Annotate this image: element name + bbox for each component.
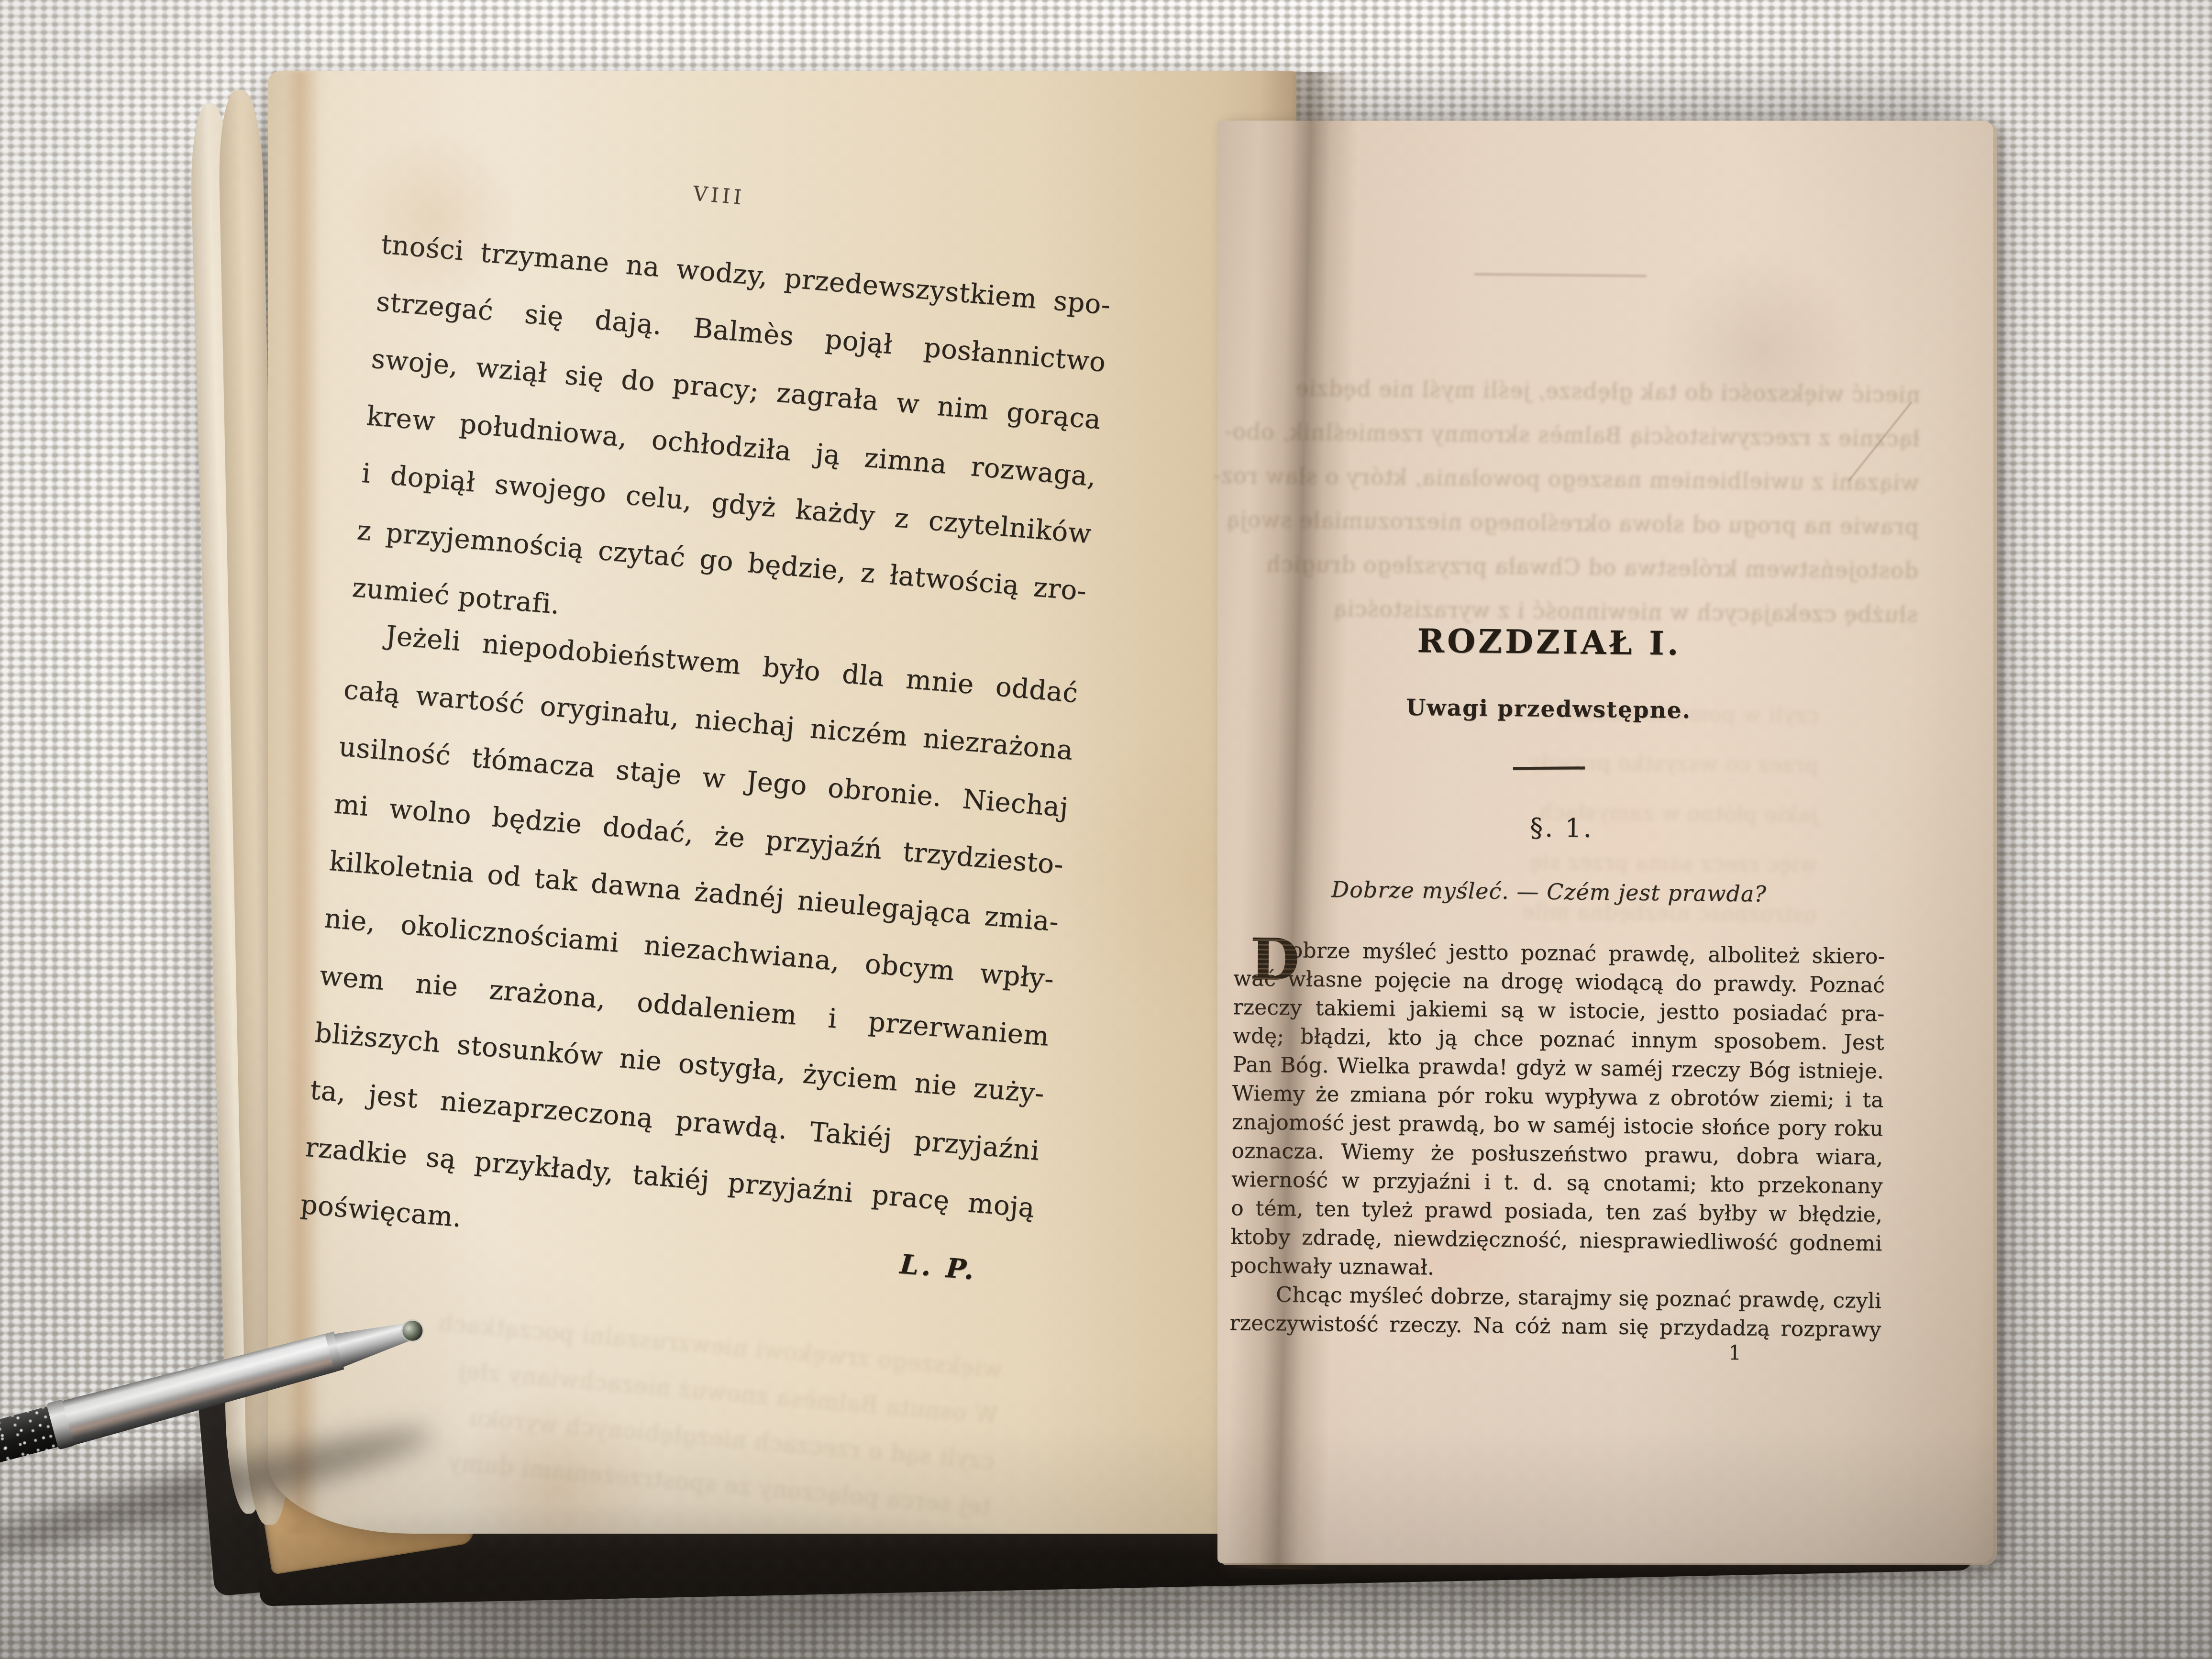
photo-of-open-book: VIII tności trzymane na wodzy, przedewsz… — [0, 0, 2212, 1659]
text-line: niecić większości do tak głębsze, jeśli … — [1317, 366, 1921, 417]
show-through-rule — [1474, 273, 1647, 277]
text-line: przez co wszystko prawdy — [1325, 736, 1818, 791]
text-line: wiązani z uwielbieniem naszego powołania… — [1316, 454, 1920, 505]
show-through-text: niecić większości do tak głębsze, jeśli … — [1315, 366, 1921, 637]
text-line: dostojeństwem królestwa od Chwała przysz… — [1316, 542, 1919, 593]
pen-tip-cone — [334, 1316, 412, 1367]
preface-paragraph: tności trzymane na wodzy, przedewszystki… — [350, 216, 1113, 677]
text-line: łącznie z rzeczywistością Balmès skromny… — [1317, 410, 1920, 461]
preface-paragraph: Jeżeli niepodobieństwem było dla mnie od… — [298, 604, 1080, 1294]
divider-rule — [1513, 766, 1585, 770]
page-number: 1 — [1728, 1341, 1741, 1364]
text-line: prawie na progu od słowa określonego nie… — [1316, 498, 1919, 549]
